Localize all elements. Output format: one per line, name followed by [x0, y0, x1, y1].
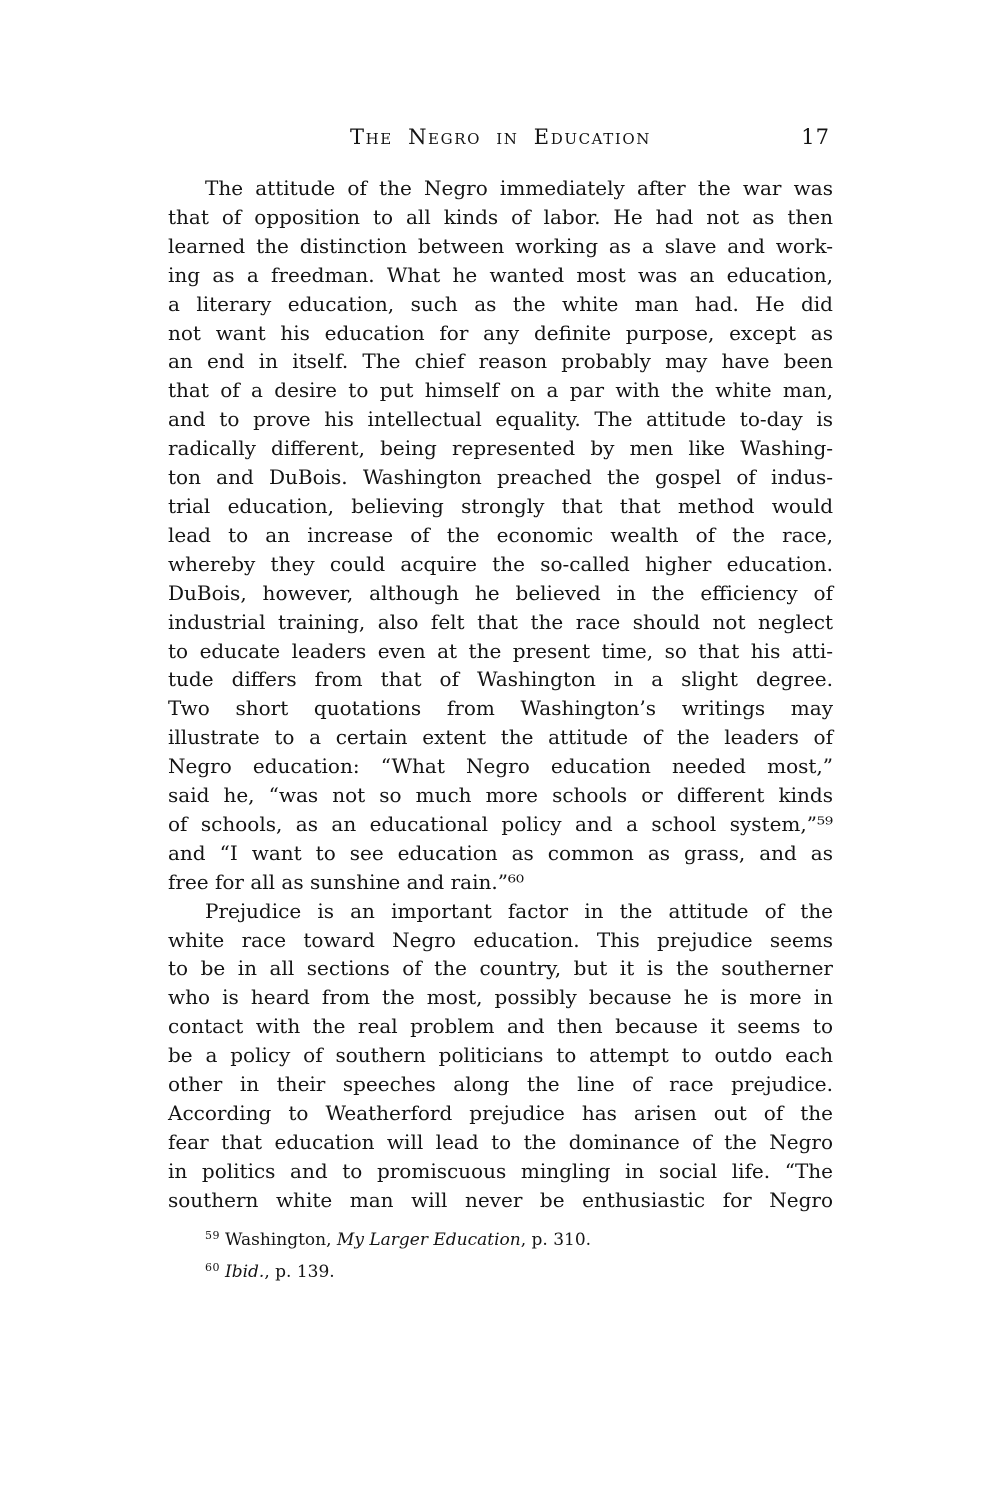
text-line: contact with the real problem and then b… — [168, 1012, 833, 1041]
text-line: not want his education for any definite … — [168, 319, 833, 348]
text-line: industrial training, also felt that the … — [168, 608, 833, 637]
text-line: lead to an increase of the economic weal… — [168, 521, 833, 550]
footnote-text: , p. 139. — [264, 1262, 334, 1282]
text-line: radically different, being represented b… — [168, 434, 833, 463]
footnote-text: Washington, — [225, 1230, 337, 1250]
text-line: be a policy of southern politicians to a… — [168, 1041, 833, 1070]
footnote: 60Ibid., p. 139. — [168, 1254, 833, 1286]
text-line: to educate leaders even at the present t… — [168, 637, 833, 666]
paragraph: The attitude of the Negro immediately af… — [168, 174, 833, 897]
body-text: The attitude of the Negro immediately af… — [168, 174, 833, 1215]
text-line: tude differs from that of Washington in … — [168, 665, 833, 694]
running-title: The Negro in Education — [168, 124, 833, 150]
text-line: ton and DuBois. Washington preached the … — [168, 463, 833, 492]
text-line: learned the distinction between working … — [168, 232, 833, 261]
footnote: 59Washington, My Larger Education, p. 31… — [168, 1222, 833, 1254]
footnote-marker: 59 — [205, 1229, 220, 1242]
paragraph: Prejudice is an important factor in the … — [168, 897, 833, 1215]
text-line: Two short quotations from Washington’s w… — [168, 694, 833, 723]
text-line: an end in itself. The chief reason proba… — [168, 347, 833, 376]
text-line: that of opposition to all kinds of labor… — [168, 203, 833, 232]
text-line: and “I want to see education as common a… — [168, 839, 833, 868]
text-line: fear that education will lead to the dom… — [168, 1128, 833, 1157]
text-line: DuBois, however, although he believed in… — [168, 579, 833, 608]
text-line: whereby they could acquire the so-called… — [168, 550, 833, 579]
text-line: to be in all sections of the country, bu… — [168, 954, 833, 983]
footnote-work-title: My Larger Education — [337, 1230, 521, 1250]
text-line: white race toward Negro education. This … — [168, 926, 833, 955]
book-page: The Negro in Education 17 The attitude o… — [0, 0, 1000, 1494]
text-line: free for all as sunshine and rain.”⁶⁰ — [168, 868, 833, 897]
text-line: other in their speeches along the line o… — [168, 1070, 833, 1099]
text-line: a literary education, such as the white … — [168, 290, 833, 319]
running-header: The Negro in Education 17 — [168, 124, 833, 154]
text-line: who is heard from the most, possibly bec… — [168, 983, 833, 1012]
text-line: According to Weatherford prejudice has a… — [168, 1099, 833, 1128]
footnote-work-title: Ibid. — [225, 1262, 264, 1282]
footnotes: 59Washington, My Larger Education, p. 31… — [168, 1222, 833, 1286]
footnote-text: , p. 310. — [521, 1230, 591, 1250]
text-line: ing as a freedman. What he wanted most w… — [168, 261, 833, 290]
text-line: Prejudice is an important factor in the … — [168, 897, 833, 926]
footnote-marker: 60 — [205, 1261, 220, 1274]
text-line: that of a desire to put himself on a par… — [168, 376, 833, 405]
text-line: and to prove his intellectual equality. … — [168, 405, 833, 434]
text-line: southern white man will never be enthusi… — [168, 1186, 833, 1215]
page-number: 17 — [801, 124, 830, 150]
text-line: illustrate to a certain extent the attit… — [168, 723, 833, 752]
text-line: of schools, as an educational policy and… — [168, 810, 833, 839]
text-line: said he, “was not so much more schools o… — [168, 781, 833, 810]
text-line: trial education, believing strongly that… — [168, 492, 833, 521]
text-line: in politics and to promiscuous mingling … — [168, 1157, 833, 1186]
text-line: Negro education: “What Negro education n… — [168, 752, 833, 781]
text-line: The attitude of the Negro immediately af… — [168, 174, 833, 203]
